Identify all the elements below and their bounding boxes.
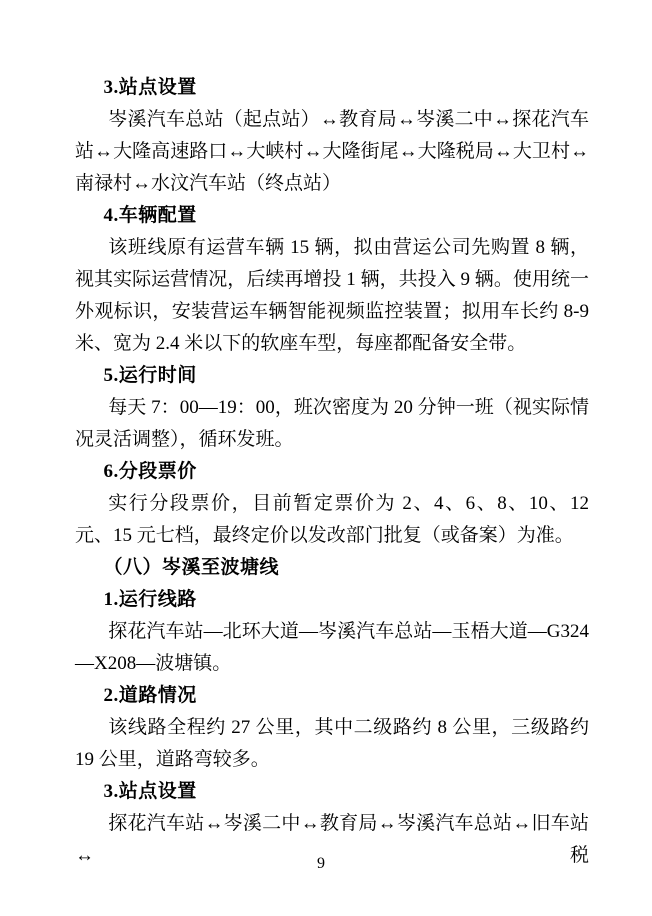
document-body: 3.站点设置岑溪汽车总站（起点站）↔教育局↔岑溪二中↔探花汽车站↔大隆高速路口↔… (75, 72, 589, 872)
paragraph: 该班线原有运营车辆 15 辆，拟由营运公司先购置 8 辆，视其实际运营情况，后续… (75, 232, 589, 360)
paragraph: 每天 7：00—19：00，班次密度为 20 分钟一班（视实际情况灵活调整），循… (75, 392, 589, 456)
paragraph: 实行分段票价，目前暂定票价为 2、4、6、8、10、12 元、15 元七档，最终… (75, 488, 589, 552)
section-heading: （八）岑溪至波塘线 (75, 552, 589, 584)
section-heading: 6.分段票价 (75, 456, 589, 488)
paragraph: 探花汽车站—北环大道—岑溪汽车总站—玉梧大道—G324—X208—波塘镇。 (75, 616, 589, 680)
section-heading: 4.车辆配置 (75, 200, 589, 232)
paragraph: 岑溪汽车总站（起点站）↔教育局↔岑溪二中↔探花汽车站↔大隆高速路口↔大峡村↔大隆… (75, 104, 589, 200)
section-heading: 3.站点设置 (75, 776, 589, 808)
section-heading: 3.站点设置 (75, 72, 589, 104)
section-heading: 1.运行线路 (75, 584, 589, 616)
section-heading: 2.道路情况 (75, 680, 589, 712)
document-page: 3.站点设置岑溪汽车总站（起点站）↔教育局↔岑溪二中↔探花汽车站↔大隆高速路口↔… (0, 0, 652, 916)
section-heading: 5.运行时间 (75, 360, 589, 392)
paragraph: 该线路全程约 27 公里，其中二级路约 8 公里，三级路约 19 公里，道路弯较… (75, 712, 589, 776)
page-number: 9 (0, 854, 642, 874)
